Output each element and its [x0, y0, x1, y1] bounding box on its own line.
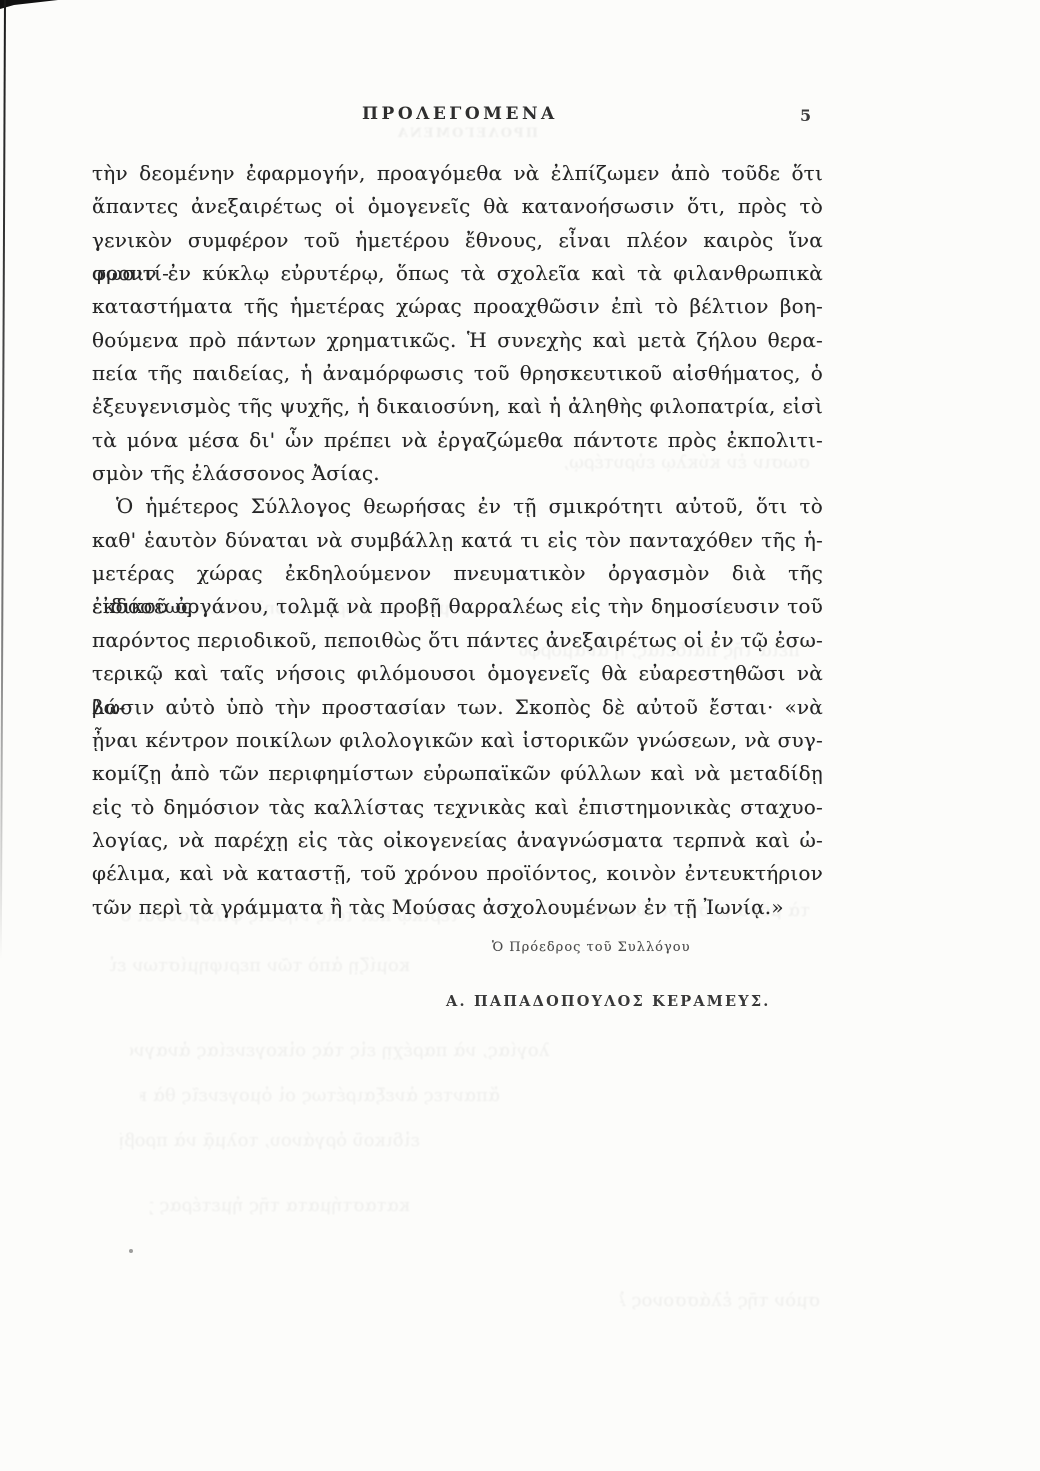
text-line: ἐξευγενισμὸς τῆς ψυχῆς, ἡ δικαιοσύνη, κα… [92, 390, 823, 423]
scanned-book-page: ΠΡΟΛΕΓΟΜΕΝΑ 5 ΠΡΟΛΕΓΟΜΕΝΑ σωσιν ἐν κύκλῳ… [0, 0, 1040, 1471]
text-line: φέλιμα, καὶ νὰ καταστῇ, τοῦ χρόνου προϊό… [92, 857, 823, 890]
page-title: ΠΡΟΛΕΓΟΜΕΝΑ [362, 104, 558, 124]
ink-speck [129, 1249, 133, 1253]
text-line: σωσιν ἐν κύκλῳ εὐρυτέρῳ, ὅπως τὰ σχολεῖα… [92, 257, 823, 290]
page-header: ΠΡΟΛΕΓΟΜΕΝΑ 5 [92, 104, 823, 128]
body-text: τὴν δεομένην ἐφαρμογήν, προαγόμεθα νὰ ἐλ… [92, 157, 823, 924]
text-line: Ὁ ἡμέτερος Σύλλογος θεωρήσας ἐν τῇ σμικρ… [92, 490, 823, 523]
scan-edge-line [0, 0, 6, 960]
text-line: τὰ μόνα μέσα δι' ὧν πρέπει νὰ ἐργαζώμεθα… [92, 424, 823, 457]
text-line: πεία τῆς παιδείας, ἡ ἀναμόρφωσις τοῦ θρη… [92, 357, 823, 390]
signature-role: Ὁ Πρόεδρος τοῦ Συλλόγου [492, 940, 691, 955]
text-line: βωσιν αὐτὸ ὑπὸ τὴν προστασίαν των. Σκοπὸ… [92, 691, 823, 724]
text-line: λογίας, νὰ παρέχῃ εἰς τὰς οἰκογενείας ἀν… [92, 824, 823, 857]
text-line: καταστήματα τῆς ἡμετέρας χώρας προαχθῶσι… [92, 290, 823, 323]
page-number: 5 [800, 106, 811, 125]
signature-name: Α. ΠΑΠΑΔΟΠΟΥΛΟΣ ΚΕΡΑΜΕΥΣ. [446, 993, 771, 1010]
text-line: τερικῷ καὶ ταῖς νήσοις φιλόμουσοι ὁμογεν… [92, 657, 823, 690]
text-line: ἅπαντες ἀνεξαιρέτως οἱ ὁμογενεῖς θὰ κατα… [92, 190, 823, 223]
text-line: γενικὸν συμφέρον τοῦ ἡμετέρου ἔθνους, εἶ… [92, 224, 823, 257]
text-line: τὴν δεομένην ἐφαρμογήν, προαγόμεθα νὰ ἐλ… [92, 157, 823, 190]
bleed-through-text: καταστήματα τῆς ἡμετέρας χώρας προαχθῶσι… [150, 1195, 410, 1216]
text-line: κομίζῃ ἀπὸ τῶν περιφημίστων εὐρωπαϊκῶν φ… [92, 757, 823, 790]
bleed-through-text: σμὸν τῆς ἐλάσσονος Ἀσίας. [620, 1290, 820, 1311]
text-line: τῶν περὶ τὰ γράμματα ἢ τὰς Μούσας ἀσχολο… [92, 891, 823, 924]
scan-edge-corner [0, 0, 58, 9]
bleed-through-text: ἅπαντες ἀνεξαιρέτως οἱ ὁμογενεῖς θὰ κατα… [140, 1085, 500, 1106]
text-line: εἰδικοῦ ὀργάνου, τολμᾷ νὰ προβῇ θαρραλέω… [92, 590, 823, 623]
text-line: ᾖναι κέντρον ποικίλων φιλολογικῶν καὶ ἱσ… [92, 724, 823, 757]
text-line: θούμενα πρὸ πάντων χρηματικῶς. Ἡ συνεχὴς… [92, 324, 823, 357]
text-line: εἰς τὸ δημόσιον τὰς καλλίστας τεχνικὰς κ… [92, 791, 823, 824]
bleed-through-text: λογίας, νὰ παρέχῃ εἰς τὰς οἰκογενείας ἀν… [130, 1040, 550, 1061]
text-line: παρόντος περιοδικοῦ, πεποιθὼς ὅτι πάντες… [92, 624, 823, 657]
bleed-through-text: κομίζῃ ἀπὸ τῶν περιφημίστων εὐρωπαϊκῶν φ… [110, 955, 410, 976]
text-line: σμὸν τῆς ἐλάσσονος Ἀσίας. [92, 457, 823, 490]
text-line: καθ' ἑαυτὸν δύναται νὰ συμβάλλῃ κατά τι … [92, 524, 823, 557]
bleed-through-text: ΠΡΟΛΕΓΟΜΕΝΑ [368, 126, 538, 141]
bleed-through-text: εἰδικοῦ ὀργάνου, τολμᾷ νὰ προβῇ θαρραλέω… [120, 1130, 420, 1151]
text-line: μετέρας χώρας ἐκδηλούμενον πνευματικὸν ὀ… [92, 557, 823, 590]
